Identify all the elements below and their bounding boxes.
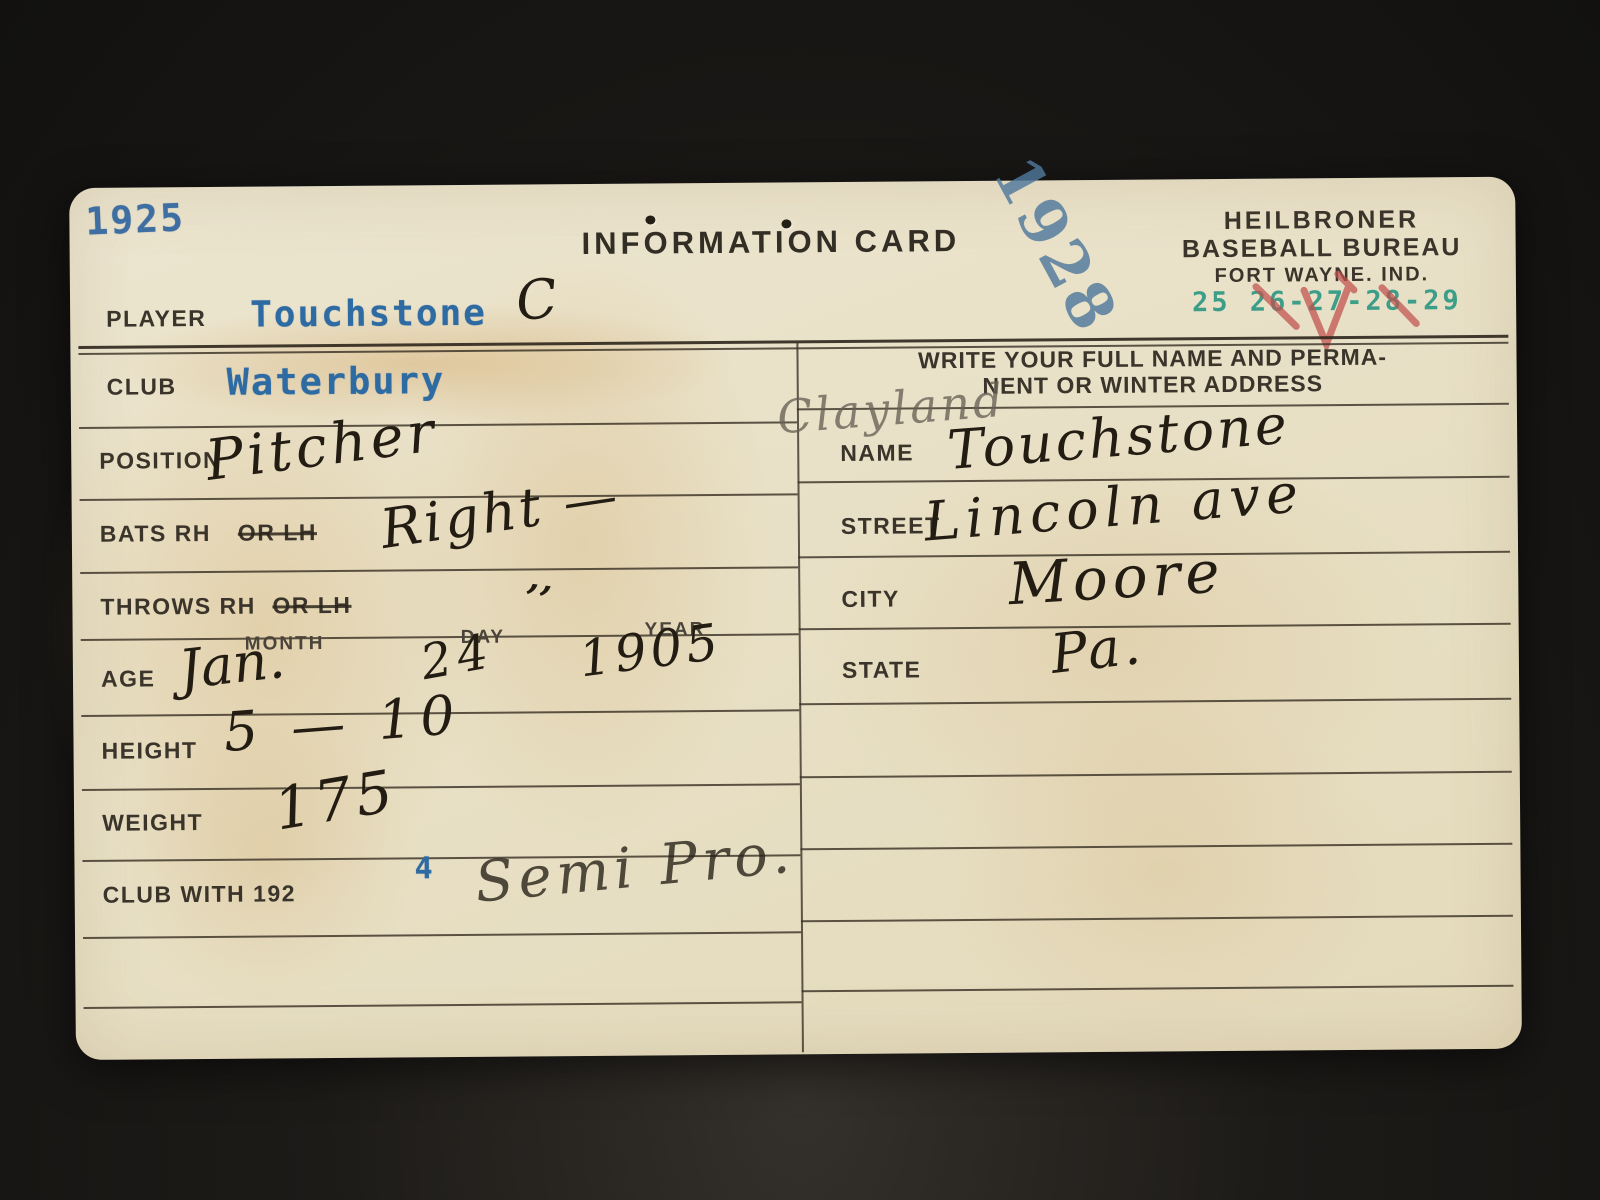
bats-value: Right — <box>376 463 624 561</box>
information-card: 1925 INFORMATION CARD 1928 HEILBRONER BA… <box>69 177 1522 1060</box>
rule-line <box>83 931 801 939</box>
rule-line <box>800 843 1512 851</box>
state-value: Pa. <box>1048 613 1147 686</box>
rule-line <box>801 985 1513 993</box>
corner-year-1925: 1925 <box>85 195 186 243</box>
club-value: Waterbury <box>227 359 446 404</box>
bats-or-lh-struck: OR LH <box>238 519 317 547</box>
rule-line <box>799 623 1511 631</box>
pin-hole <box>645 215 655 224</box>
age-year-value: 1905 <box>576 612 726 688</box>
name-label: NAME <box>840 439 914 467</box>
club-label: CLUB <box>107 373 177 401</box>
bureau-name-line2: BASEBALL BUREAU <box>1170 233 1474 264</box>
height-value: 5 — 10 <box>221 683 465 764</box>
state-label: STATE <box>842 656 922 684</box>
rule-line <box>799 698 1511 706</box>
club-with-label: CLUB WITH 192 <box>103 880 297 909</box>
throws-or-lh-struck: OR LH <box>272 592 351 620</box>
throws-ditto-marks: ’’ <box>522 575 554 623</box>
club-with-typed-year-digit: 4 <box>414 851 434 886</box>
years-stamp-green: 25 26-27-28-29 <box>1192 285 1462 318</box>
bureau-name-line1: HEILBRONER <box>1169 205 1473 236</box>
player-value: Touchstone <box>250 293 487 336</box>
age-day-value: 24 <box>416 623 498 691</box>
player-label: PLAYER <box>106 305 206 333</box>
rule-line <box>84 1001 802 1009</box>
rule-line <box>801 915 1513 923</box>
club-with-value: Semi Pro. <box>472 821 797 916</box>
photo-background: 1925 INFORMATION CARD 1928 HEILBRONER BA… <box>0 0 1600 1200</box>
rule-line <box>82 783 800 791</box>
city-value: Moore <box>1006 537 1226 618</box>
weight-value: 175 <box>269 756 401 843</box>
city-label: CITY <box>841 586 900 613</box>
position-value: Pitcher <box>202 399 442 494</box>
age-label: AGE <box>101 665 156 692</box>
age-month-value: Jan. <box>176 627 288 701</box>
bats-label: BATS RH <box>100 520 211 548</box>
weight-label: WEIGHT <box>102 809 203 837</box>
rule-line <box>800 771 1512 779</box>
pin-hole <box>781 219 791 228</box>
rule-line <box>79 421 797 429</box>
throws-label: THROWS RH <box>100 593 256 621</box>
height-label: HEIGHT <box>101 737 197 765</box>
rule-line <box>80 566 798 574</box>
player-suffix-handwritten: C <box>513 266 561 333</box>
card-title: INFORMATION CARD <box>581 223 960 262</box>
year-stamp-1928: 1928 <box>979 144 1133 345</box>
position-label: POSITION <box>99 447 221 475</box>
column-divider <box>796 342 804 1052</box>
